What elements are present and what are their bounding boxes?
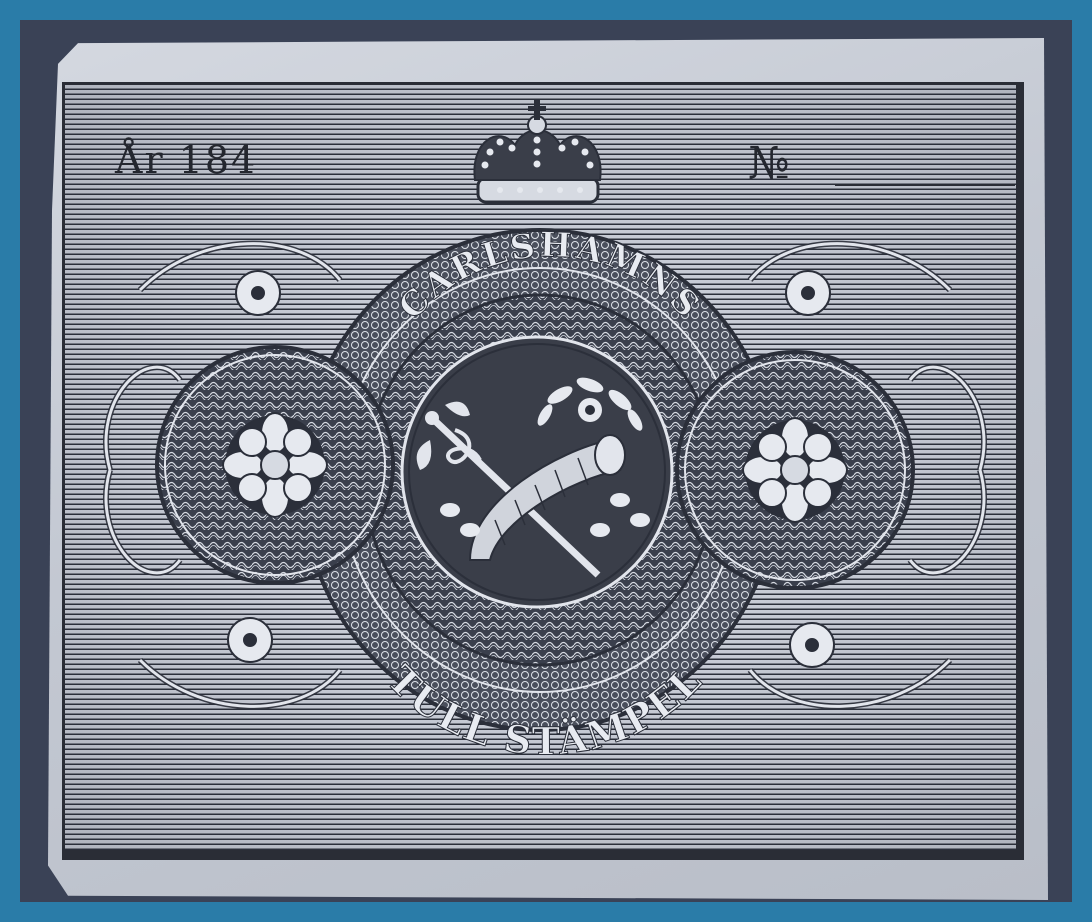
crown-icon — [474, 100, 600, 202]
stamp-design: CARLSHAMNS TULL STÄMPEL — [0, 0, 1092, 922]
center-medallion — [402, 337, 672, 607]
left-medallion — [157, 347, 393, 583]
right-medallion — [677, 352, 913, 588]
